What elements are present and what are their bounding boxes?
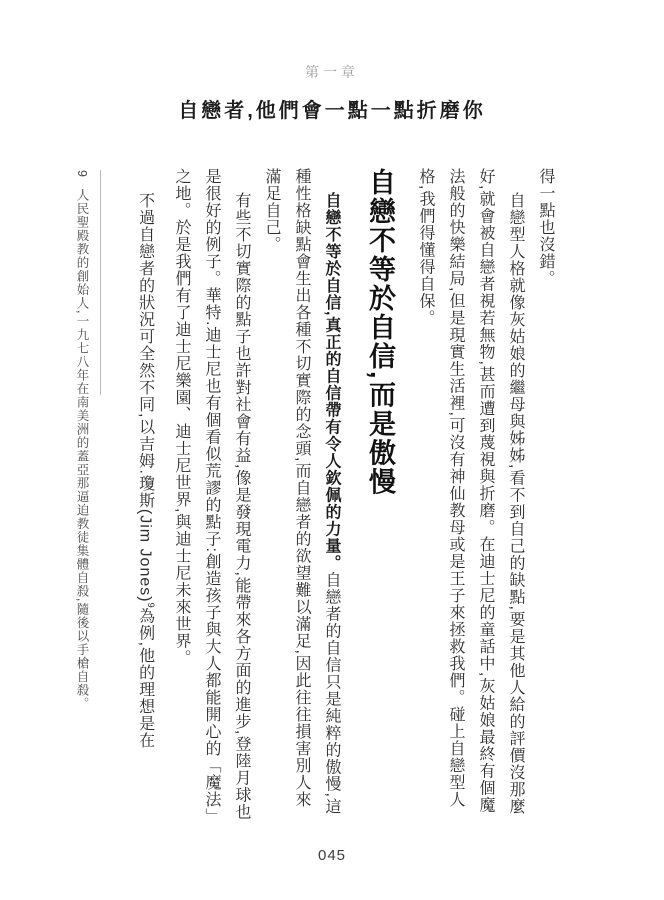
section-heading: 自戀不等於自信,而是傲慢 [362,168,398,823]
bold-lead-sentence: 自戀不等於自信,真正的自信帶有令人欽佩的力量。 [323,192,340,571]
paragraph-text: 為例,他的理想是在 [137,608,154,749]
book-page: 第一章 自戀者,他們會一點一點折磨你 得一點也沒錯。 自戀型人格就像灰姑娘的繼母… [0,0,664,900]
footnote-marker: 9 [75,170,89,178]
paragraph: 不過自戀者的狀況可全然不同,以吉姆.瓊斯(Jim Jones)9為例,他的理想是… [130,168,166,823]
chapter-header: 第一章 自戀者,他們會一點一點折磨你 [0,62,664,123]
footnote-divider [100,170,101,395]
chapter-title: 自戀者,他們會一點一點折磨你 [0,94,664,123]
chapter-number-label: 第一章 [0,62,664,82]
footnote-text: 人民聖殿教的創始人,一九七八年在南美洲的蓋亞那逼迫教徒集體自殺,隨後以手槍自殺。 [75,188,89,710]
paragraph-continuation: 得一點也沒錯。 [530,168,560,823]
body-text: 得一點也沒錯。 自戀型人格就像灰姑娘的繼母與姊姊,看不到自己的缺點,要是其他人給… [130,168,560,823]
footnote: 9 人民聖殿教的創始人,一九七八年在南美洲的蓋亞那逼迫教徒集體自殺,隨後以手槍自… [72,170,92,750]
paragraph-text: 不過自戀者的狀況可全然不同,以吉姆.瓊斯(Jim Jones) [137,192,154,603]
paragraph: 自戀型人格就像灰姑娘的繼母與姊姊,看不到自己的缺點,要是其他人給的評價沒那麼好,… [410,168,530,823]
paragraph: 自戀不等於自信,真正的自信帶有令人欽佩的力量。自戀者的自信只是純粹的傲慢,這種性… [256,168,346,823]
paragraph: 有些不切實際的點子也許對社會有益,像是發現電力,能帶來各方面的進步,登陸月球也是… [166,168,256,823]
page-number: 045 [0,847,664,864]
